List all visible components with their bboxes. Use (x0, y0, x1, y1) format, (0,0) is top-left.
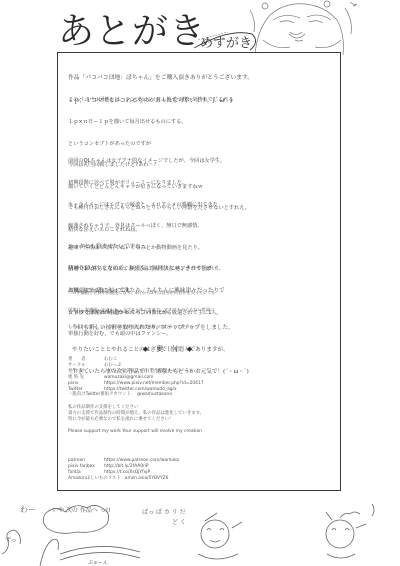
support-links: patreonhttps://www.patreon.com/wamuko pi… (68, 458, 179, 482)
intro-line: 作品「パコパコ団地：ぱちゃん」をご購入頂きありがとうございます。 (68, 75, 334, 83)
colophon-key: 一般向けTwitter裏垢アカウント (68, 392, 131, 398)
link-row: Amazonほしいものリストamzn.asia/5YBVYZ6 (68, 476, 179, 482)
concept-line: １ｐ×ｎ日ー１ｐを描いて毎月出せるものにする。 (68, 119, 334, 126)
comic-caption: ぷゅーん (88, 559, 108, 566)
colophon-heading: ◆ 奥 付 ◆ (0, 344, 340, 354)
link-url[interactable]: amzn.asia/5YBVYZ6 (125, 476, 169, 482)
comic-caption: ずっ (5, 536, 17, 544)
comic-caption: ど く (172, 519, 186, 526)
page-title: あとがき (58, 14, 206, 50)
link-label: Amazonほしいものリスト (68, 476, 121, 482)
comic-caption: わー (20, 505, 36, 514)
afterword-text-box: 作品「パコパコ団地：ぱちゃん」をご購入頂きありがとうございます。 １ｐ，１コマで… (57, 52, 341, 491)
note-line: コロナ騒動で世界中が混乱になり、4月から5月は自分が何者かを失っていくか (68, 290, 334, 296)
colophon-table: 著 者わむこ サークルわむっぷ 発 行 日２０２０年７月２０日(製作期間４６日一… (68, 357, 204, 398)
character-sketch-illustration (245, 0, 365, 55)
character-line: 初期段階に比べて髪がボリューミーになりました。 (68, 180, 334, 187)
character-line: 前回のOLちゃんは女子アナ的なイメージでしたが、今回は女学生。 (68, 158, 334, 165)
bottom-comic-sketch: わー ずっ ぷゅーん いや 次の 作品へ っ!! ぱっ ぱ カ リ だ ど く (0, 494, 400, 566)
afterword-page: あとがき めすがき 作品「パコパコ団地：ぱちゃん」をご購入頂きありがとうございま… (0, 0, 400, 566)
support-line: 特に今が最も必要なので私を流れに乗せてください！ (68, 417, 204, 423)
comic-caption: ぱっ ぱ カ リ だ (142, 509, 186, 516)
colophon-row: 一般向けTwitter裏垢アカウント@wamustakano (68, 392, 204, 398)
closing-line: 今回も新しい技術を取り入れたり、ステップアップをしました。 (72, 325, 334, 332)
shota-line: ショタとも絡ませたいですね～。 (68, 244, 334, 251)
support-section: 私の作品制作の支援をしてください 貴方の支援で作品制作の時間が増え、私の作品は進… (68, 405, 204, 435)
comic-caption: いや 次の 作品へ っ!! (52, 506, 111, 514)
page-subtitle: めすがき (200, 32, 252, 51)
concept-line: このパコパコ団地とは、シンプルに一日１枚ずつ軽い気持ちでしこれる (68, 97, 334, 104)
shota-line: 精神年齢が少女なので、無邪気に無軽快なパンチラや胸チラ、 (68, 266, 334, 273)
support-english: Please support my work Your support will… (68, 429, 204, 435)
colophon-value[interactable]: @wamustakano (137, 392, 172, 398)
support-line: 貴方の支援で作品制作の時間が増え、私の作品は進化していきます。 (68, 411, 204, 417)
character-line: キャライメージはエヴァの綾波と、エロアニメの悪劇に出てきた (68, 202, 334, 209)
